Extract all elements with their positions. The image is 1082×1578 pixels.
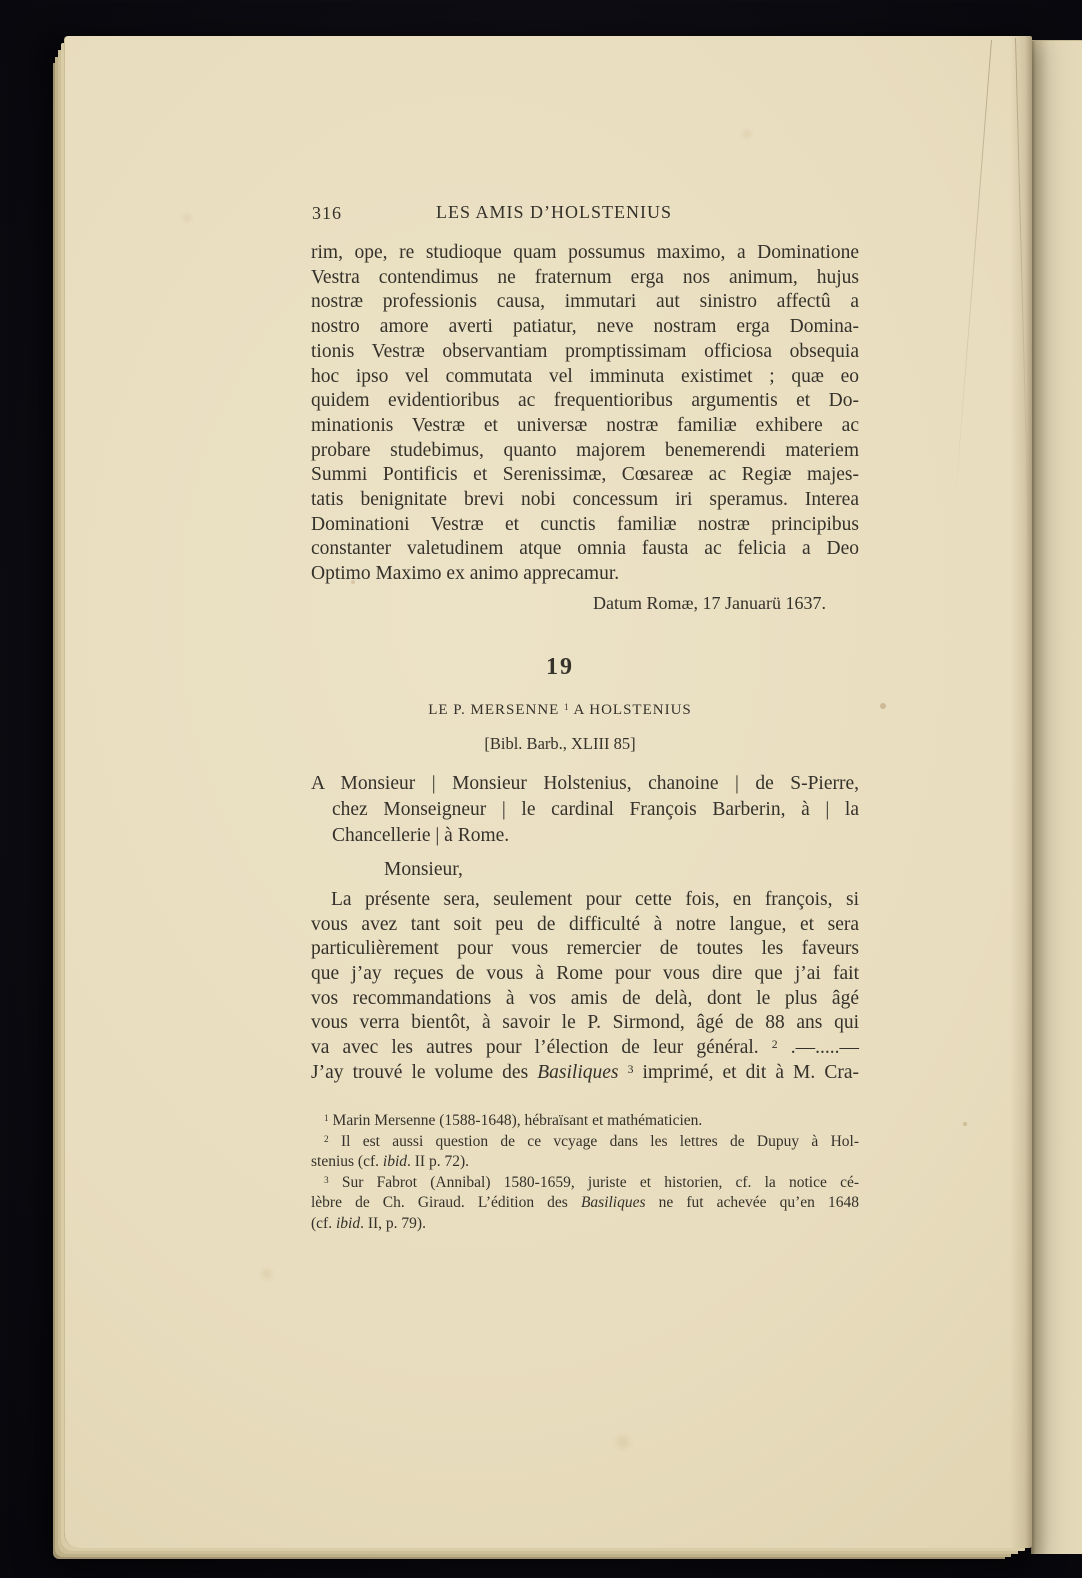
text-line: va avec les autres pour l’élection de le… bbox=[311, 1036, 859, 1061]
footnotes: 1 Marin Mersenne (1588-1648), hébraïsant… bbox=[311, 1111, 859, 1234]
text-line: hoc ipso vel commutata vel imminuta exis… bbox=[311, 365, 859, 390]
text-line: quidem evidentioribus ac frequentioribus… bbox=[311, 389, 859, 414]
text-line: Optimo Maximo ex animo apprecamur. bbox=[311, 562, 859, 587]
text-line: La présente sera, seulement pour cette f… bbox=[311, 888, 859, 913]
text-line: vous avez tant soit peu de difficulté à … bbox=[311, 913, 859, 938]
footnote-1: 1 Marin Mersenne (1588-1648), hébraïsant… bbox=[311, 1111, 859, 1132]
book-scan-backdrop: 316 LES AMIS D’HOLSTENIUS rim, ope, re s… bbox=[0, 0, 1082, 1578]
text-line: Vestra contendimus ne fraternum erga nos… bbox=[311, 266, 859, 291]
text-line: lèbre de Ch. Giraud. L’édition des Basil… bbox=[311, 1193, 859, 1214]
text-line: vous verra bientôt, à savoir le P. Sirmo… bbox=[311, 1011, 859, 1036]
text-line: nostro amore averti patiatur, neve nostr… bbox=[311, 315, 859, 340]
text-line: nostræ professionis causa, immutari aut … bbox=[311, 290, 859, 315]
footnote-2: 2 Il est aussi question de ce vcyage dan… bbox=[311, 1132, 859, 1173]
paper-crease bbox=[1015, 38, 1030, 558]
text-line: rim, ope, re studioque quam possumus max… bbox=[311, 241, 859, 266]
text-line: constanter valetudinem atque omnia faust… bbox=[311, 537, 859, 562]
text-line: tatis benignitate brevi nobi concessum i… bbox=[311, 488, 859, 513]
text-line: 1 Marin Mersenne (1588-1648), hébraïsant… bbox=[311, 1111, 859, 1132]
text-line: chez Monseigneur | le cardinal François … bbox=[311, 797, 859, 823]
text-line: 2 Il est aussi question de ce vcyage dan… bbox=[311, 1132, 859, 1153]
letter-number: 19 bbox=[311, 655, 859, 679]
text-line: (cf. ibid. II, p. 79). bbox=[311, 1214, 859, 1235]
letter-source-ref: [Bibl. Barb., XLIII 85] bbox=[311, 734, 859, 754]
page-number: 316 bbox=[312, 203, 342, 224]
text-line: minationis Vestræ et universæ nostræ fam… bbox=[311, 414, 859, 439]
text-line: Summi Pontificis et Serenissimæ, Cœsareæ… bbox=[311, 463, 859, 488]
letter-18-closing: rim, ope, re studioque quam possumus max… bbox=[311, 241, 859, 614]
text-line: 3 Sur Fabrot (Annibal) 1580-1659, jurist… bbox=[311, 1173, 859, 1194]
letter-heading: LE P. MERSENNE 1 A HOLSTENIUS bbox=[311, 701, 859, 719]
text-line: J’ay trouvé le volume des Basiliques 3 i… bbox=[311, 1061, 859, 1086]
footnote-3: 3 Sur Fabrot (Annibal) 1580-1659, jurist… bbox=[311, 1173, 859, 1235]
salutation: Monsieur, bbox=[311, 857, 859, 883]
address-block: A Monsieur | Monsieur Holstenius, chanoi… bbox=[311, 771, 859, 849]
running-head: 316 LES AMIS D’HOLSTENIUS bbox=[311, 202, 859, 224]
foxing-spots bbox=[65, 36, 69, 40]
text-line: A Monsieur | Monsieur Holstenius, chanoi… bbox=[311, 771, 859, 797]
text-line: tionis Vestræ observantiam promptissimam… bbox=[311, 340, 859, 365]
paper-crease bbox=[954, 40, 992, 509]
text-line: particulièrement pour vous remercier de … bbox=[311, 937, 859, 962]
text-line: Dominationi Vestræ et cunctis familiæ no… bbox=[311, 513, 859, 538]
letter-19: 19 LE P. MERSENNE 1 A HOLSTENIUS [Bibl. … bbox=[311, 655, 859, 1086]
text-line: stenius (cf. ibid. II p. 72). bbox=[311, 1152, 859, 1173]
book-page: 316 LES AMIS D’HOLSTENIUS rim, ope, re s… bbox=[64, 36, 1032, 1548]
latin-paragraph: rim, ope, re studioque quam possumus max… bbox=[311, 241, 859, 587]
running-title: LES AMIS D’HOLSTENIUS bbox=[311, 202, 859, 223]
text-line: vos recommandations à vos amis de delà, … bbox=[311, 987, 859, 1012]
dateline: Datum Romæ, 17 Januarü 1637. bbox=[311, 592, 859, 614]
text-line: probare studebimus, quanto majorem benem… bbox=[311, 439, 859, 464]
page-content: 316 LES AMIS D’HOLSTENIUS rim, ope, re s… bbox=[311, 36, 859, 1234]
french-paragraph: La présente sera, seulement pour cette f… bbox=[311, 888, 859, 1086]
text-line: que j’ay reçues de vous à Rome pour vous… bbox=[311, 962, 859, 987]
next-page-edge bbox=[1031, 40, 1082, 1554]
text-line: Chancellerie | à Rome. bbox=[311, 823, 859, 849]
